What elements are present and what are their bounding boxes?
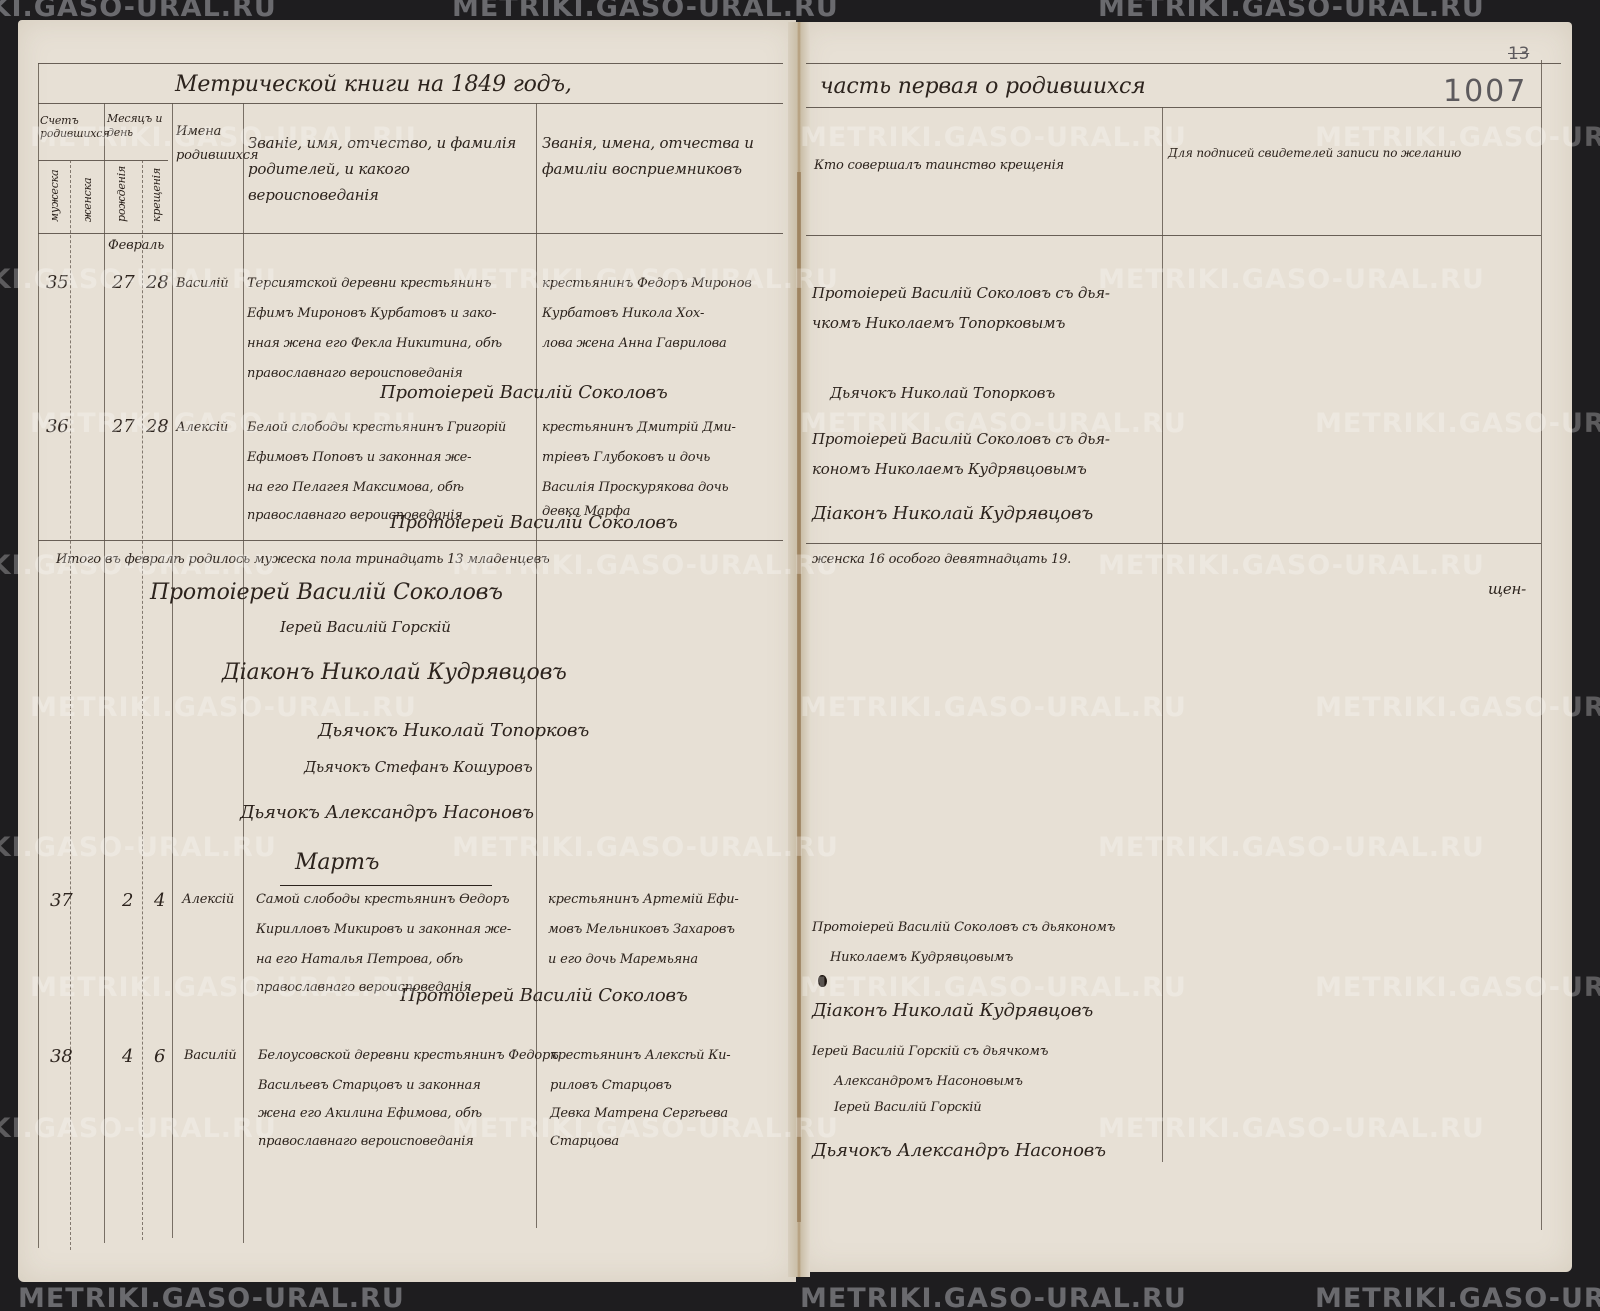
col-line-right-1 [1162, 107, 1163, 1162]
entry-36-name: Алексій [176, 420, 228, 435]
entry-38-performed-by-1: Іерей Василій Горскій съ дьячкомъ [812, 1044, 1048, 1059]
entry-35-baptism-day: 28 [146, 272, 169, 293]
rule-colheads-left [38, 233, 783, 234]
entry-36-signature-right: Діаконъ Николай Кудрявцовъ [812, 503, 1093, 524]
colhead-performed-by: Кто совершалъ таинство крещенія [814, 158, 1064, 173]
colhead-birth: рожденія [115, 166, 128, 222]
entry-35-signature-right: Дьячокъ Николай Топорковъ [830, 384, 1055, 402]
entry-37-birth-day: 2 [122, 890, 133, 911]
entry-38-birth-day: 4 [122, 1046, 133, 1067]
entry-38-performed-by-2: Александромъ Насоновымъ [834, 1074, 1023, 1089]
col-line-5 [172, 103, 173, 1238]
colhead-month-day: Месяцъ и день [107, 112, 171, 140]
entry-35-parents-3: нная жена его Фекла Никитина, обѣ [247, 336, 502, 351]
entry-37-signature: Протоіерей Василій Соколовъ [400, 985, 688, 1006]
rule-header-left [38, 103, 783, 104]
signature-dyachok-2: Дьячокъ Стефанъ Кошуровъ [304, 758, 532, 776]
ink-blot [818, 975, 827, 987]
colhead-witness-signatures: Для подписей свидетелей записи по желани… [1168, 146, 1461, 160]
entry-35-parents-1: Терсиятской деревни крестьянинъ [247, 276, 491, 291]
colhead-count-male: мужеска [48, 170, 61, 222]
watermark: METRIKI.GASO-URAL.RU [800, 1283, 1187, 1311]
entry-38-number: 38 [50, 1046, 73, 1067]
book-gutter [788, 22, 810, 1277]
entry-36-number: 36 [46, 416, 69, 437]
entry-37-parents-1: Самой слободы крестьянинъ Ѳедоръ [256, 892, 509, 907]
header-title-left: Метрической книги на 1849 годъ, [175, 72, 572, 97]
signature-protoierey: Протоіерей Василій Соколовъ [150, 580, 503, 605]
colhead-parents: Званіе, имя, отчество, и фамилія родител… [248, 130, 533, 208]
signature-dyachok-1: Дьячокъ Николай Топорковъ [318, 720, 589, 741]
col-line-right-2 [1541, 60, 1542, 1230]
watermark: METRIKI.GASO-URAL.RU [1098, 0, 1485, 23]
entry-38-parents-3: жена его Акилина Ефимова, обѣ [258, 1106, 482, 1121]
rule-top-right [806, 63, 1561, 64]
rule-total-left [38, 540, 783, 541]
entry-37-godparents-1: крестьянинъ Артемій Ефи- [548, 892, 739, 907]
entry-35-parents-2: Ефимъ Мироновъ Курбатовъ и зако- [247, 306, 496, 321]
entry-36-parents-2: Ефимовъ Поповъ и законная же- [247, 450, 471, 465]
month-label-march: Мартъ [295, 850, 379, 875]
entry-36-birth-day: 27 [112, 416, 135, 437]
entry-35-number: 35 [46, 272, 69, 293]
entry-37-number: 37 [50, 890, 73, 911]
col-line-4 [142, 160, 143, 1240]
entry-38-signature-right-1: Іерей Василій Горскій [834, 1100, 981, 1115]
entry-38-parents-1: Белоусовской деревни крестьянинъ Федоръ [258, 1048, 559, 1063]
entry-36-godparents-2: тріевъ Глубоковъ и дочь [542, 450, 710, 465]
entry-36-performed-by-2: кономъ Николаемъ Кудрявцовымъ [812, 460, 1087, 478]
header-title-right: часть первая о родившихся [820, 74, 1146, 99]
colhead-names: Имена родившихся [176, 120, 240, 168]
entry-36-baptism-day: 28 [146, 416, 169, 437]
binding-thread [797, 172, 801, 1222]
entry-38-parents-4: православнаго вероисповеданія [258, 1134, 474, 1149]
colhead-baptism: крещенія [150, 168, 163, 222]
entry-37-baptism-day: 4 [154, 890, 165, 911]
rule-top-left [38, 63, 783, 64]
entry-35-birth-day: 27 [112, 272, 135, 293]
colhead-count-female: женска [81, 178, 94, 222]
entry-35-performed-by-1: Протоіерей Василій Соколовъ съ дья- [812, 284, 1110, 302]
entry-37-parents-2: Кирилловъ Микировъ и законная же- [256, 922, 511, 937]
entry-36-godparents-1: крестьянинъ Дмитрій Дми- [542, 420, 736, 435]
totals-left: Итого въ февралѣ родилось мужеска пола т… [56, 552, 550, 567]
col-line-1 [38, 63, 39, 1248]
col-line-3 [104, 103, 105, 1243]
entry-37-godparents-3: и его дочь Маремьяна [548, 952, 698, 967]
entry-38-godparents-2: риловъ Старцовъ [550, 1078, 672, 1093]
entry-37-performed-by-1: Протоіерей Василій Соколовъ съ дьякономъ [812, 920, 1115, 935]
totals-right-far: щен- [1488, 580, 1526, 598]
entry-38-godparents-3: Девка Матрена Сергѣева [550, 1106, 728, 1121]
signature-diakon: Діаконъ Николай Кудрявцовъ [222, 660, 567, 685]
entry-37-signature-right: Діаконъ Николай Кудрявцовъ [812, 1000, 1093, 1021]
entry-38-parents-2: Васильевъ Старцовъ и законная [258, 1078, 481, 1093]
entry-35-godparents-2: Курбатовъ Никола Хох- [542, 306, 704, 321]
folio-number-struck: 13 [1508, 44, 1529, 64]
colhead-godparents: Званія, имена, отчества и фамиліи воспри… [542, 130, 777, 182]
totals-right: женска 16 особого девятнадцать 19. [812, 552, 1071, 567]
entry-35-parents-4: православнаго вероисповеданія [247, 366, 463, 381]
colhead-count: Счетъ родившихся [40, 114, 104, 140]
entry-38-baptism-day: 6 [154, 1046, 165, 1067]
watermark: METRIKI.GASO-URAL.RU [18, 1283, 405, 1311]
rule-subcols [38, 160, 168, 161]
entry-38-name: Василій [184, 1048, 236, 1063]
month-march-underline [280, 885, 492, 886]
entry-37-name: Алексій [182, 892, 234, 907]
rule-colheads-right [806, 235, 1541, 236]
entry-36-parents-1: Белой слободы крестьянинъ Григорій [247, 420, 506, 435]
entry-35-godparents-1: крестьянинъ Федоръ Миронов [542, 276, 752, 291]
entry-38-godparents-1: крестьянинъ Алексѣй Ки- [550, 1048, 730, 1063]
entry-35-signature: Протоіерей Василій Соколовъ [380, 382, 668, 403]
signature-dyachok-3: Дьячокъ Александръ Насоновъ [240, 802, 534, 823]
entry-37-godparents-2: мовъ Мельниковъ Захаровъ [548, 922, 735, 937]
entry-36-signature: Протоіерей Василій Соколовъ [390, 512, 678, 533]
entry-37-performed-by-2: Николаемъ Кудрявцовымъ [830, 950, 1013, 965]
entry-35-name: Василій [176, 276, 228, 291]
rule-header-right [806, 107, 1541, 108]
entry-37-parents-3: на его Наталья Петрова, обѣ [256, 952, 463, 967]
entry-35-performed-by-2: чкомъ Николаемъ Топорковымъ [812, 314, 1065, 332]
entry-38-godparents-4: Старцова [550, 1134, 619, 1149]
rule-entry36-right [806, 543, 1541, 544]
col-line-2 [70, 160, 71, 1250]
folio-number: 1007 [1443, 74, 1527, 109]
entry-36-parents-3: на его Пелагея Максимова, обѣ [247, 480, 464, 495]
month-label-february: Февраль [108, 238, 164, 253]
entry-36-godparents-3: Василія Проскурякова дочь [542, 480, 728, 495]
entry-35-godparents-3: лова жена Анна Гаврилова [542, 336, 727, 351]
entry-38-signature-right-2: Дьячокъ Александръ Насоновъ [812, 1140, 1106, 1161]
entry-36-performed-by-1: Протоіерей Василій Соколовъ съ дья- [812, 430, 1110, 448]
signature-ierey: Іерей Василій Горскій [280, 618, 451, 636]
watermark: METRIKI.GASO-URAL.RU [1315, 1283, 1600, 1311]
